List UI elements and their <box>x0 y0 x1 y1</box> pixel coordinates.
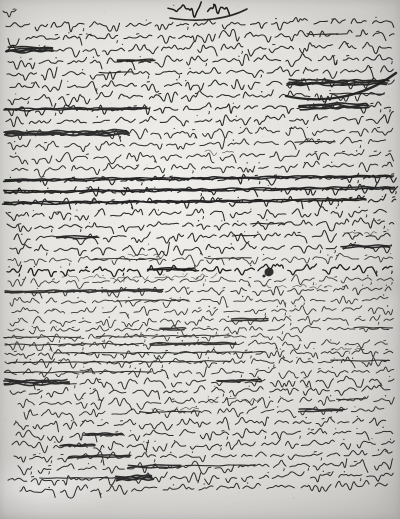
strikethrough <box>337 399 365 400</box>
strikethrough <box>60 446 95 447</box>
handwriting-line <box>14 229 390 244</box>
handwriting-line <box>14 416 386 432</box>
handwriting-line <box>14 449 392 465</box>
strikethrough <box>205 258 252 259</box>
handwriting-line <box>7 218 394 234</box>
handwriting-line <box>8 137 386 151</box>
interlinear-insertion <box>262 284 332 290</box>
handwriting-line <box>5 339 388 351</box>
strikethrough <box>91 258 161 259</box>
handwriting-line <box>4 183 398 197</box>
handwriting-line <box>3 194 396 209</box>
handwriting-layer <box>0 0 400 519</box>
handwriting-line <box>7 65 393 80</box>
handwriting-line <box>12 161 392 177</box>
handwriting-line <box>10 77 394 93</box>
interlinear-insertion <box>332 345 361 353</box>
handwriting-line <box>4 367 393 379</box>
strikethrough <box>251 223 284 224</box>
strikethrough <box>99 72 133 73</box>
handwriting-line <box>12 438 394 453</box>
handwriting-line <box>20 480 387 498</box>
handwriting-line <box>4 173 397 185</box>
strikethrough <box>5 343 144 345</box>
handwriting-line <box>10 294 388 307</box>
handwriting-line <box>8 29 394 45</box>
handwriting-line <box>10 385 390 400</box>
handwriting-line <box>5 348 393 359</box>
handwriting-line <box>10 242 391 256</box>
handwriting-line <box>12 305 393 318</box>
strikethrough <box>160 328 186 329</box>
strikethrough <box>232 320 269 321</box>
strikethrough <box>4 129 127 132</box>
handwriting-line <box>8 275 393 289</box>
handwriting-line <box>8 54 392 70</box>
handwriting-line <box>5 357 390 368</box>
handwriting-line <box>4 101 391 117</box>
strikethrough <box>128 467 181 468</box>
ink-blot <box>262 267 275 278</box>
handwriting-line <box>18 459 392 475</box>
handwriting-line <box>6 207 386 221</box>
strikethrough <box>148 269 196 270</box>
strikethrough <box>343 247 390 249</box>
corner-mark-script <box>3 9 16 17</box>
handwriting-line <box>8 253 393 266</box>
strikethrough <box>6 51 53 53</box>
manuscript-photo <box>0 0 400 519</box>
strikethrough <box>5 379 67 381</box>
handwriting-line <box>24 406 384 420</box>
handwriting-line <box>18 395 394 410</box>
handwriting-line <box>6 112 393 127</box>
strikethrough <box>232 235 256 236</box>
strikethrough <box>331 360 389 361</box>
handwriting-line <box>6 17 394 32</box>
strikethrough <box>40 477 116 478</box>
strikethrough <box>354 327 393 328</box>
handwriting-line <box>10 150 394 165</box>
handwriting-line <box>10 315 393 328</box>
strikethrough <box>117 60 154 61</box>
strikethrough <box>150 344 236 346</box>
handwriting-line <box>8 471 393 486</box>
strikethrough <box>54 352 265 354</box>
handwriting-line <box>4 127 393 142</box>
handwriting-line <box>16 427 393 443</box>
strikethrough <box>232 318 269 319</box>
handwriting-line <box>7 264 392 277</box>
strikethrough <box>84 435 123 436</box>
handwriting-line <box>8 324 393 335</box>
handwriting-line <box>6 42 392 57</box>
heading-script <box>168 2 230 17</box>
handwriting-line <box>5 285 391 299</box>
